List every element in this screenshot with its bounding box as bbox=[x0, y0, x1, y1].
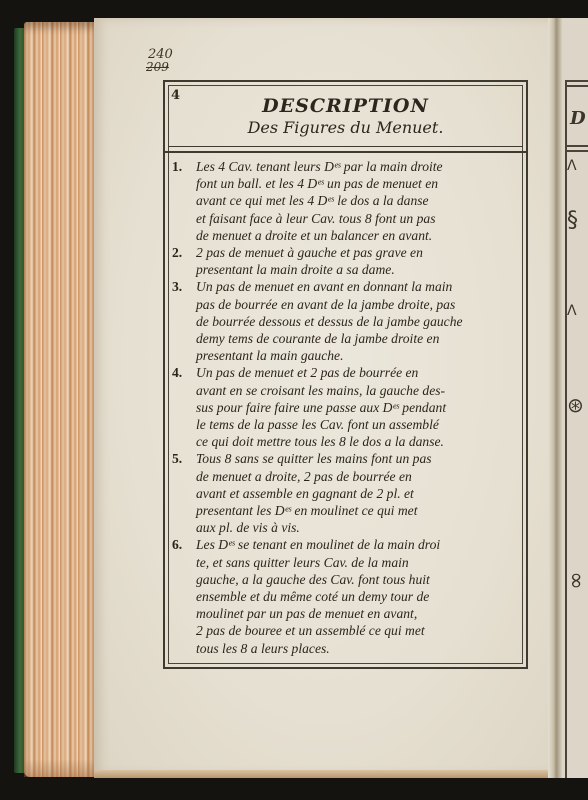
text-line: et faisant face à leur Cav. tous 8 font … bbox=[196, 210, 524, 227]
text-line: ce qui doit mettre tous les 8 le dos a l… bbox=[196, 433, 524, 450]
text-line: aux pl. de vis à vis. bbox=[196, 519, 524, 536]
header-divider bbox=[163, 151, 528, 153]
text-line: gauche, a la gauche des Cav. font tous h… bbox=[196, 571, 524, 588]
item-number: 1. bbox=[172, 158, 196, 244]
item-number: 3. bbox=[172, 278, 196, 364]
text-line: ensemble et du même coté un demy tour de bbox=[196, 588, 524, 605]
text-line: de menuet a droite, 2 pas de bourrée en bbox=[196, 468, 524, 485]
page-number-struck: 209 bbox=[146, 61, 169, 73]
text-line: moulinet par un pas de menuet en avant, bbox=[196, 605, 524, 622]
description-item-4: 4. Un pas de menuet et 2 pas de bourrée … bbox=[172, 364, 524, 450]
text-line: avant ce qui met les 4 Dᵉˢ le dos a la d… bbox=[196, 192, 524, 209]
page-subtitle: Des Figures du Menuet. bbox=[168, 118, 523, 137]
text-line: demy tems de courante de la jambe droite… bbox=[196, 330, 524, 347]
facing-page-rule bbox=[565, 85, 588, 87]
figure-loop-icon: ∞ bbox=[564, 571, 588, 589]
figure-symbol-icon: Λ bbox=[567, 158, 577, 174]
text-line: de bourrée dessous et dessus de la jambe… bbox=[196, 313, 524, 330]
item-number: 2. bbox=[172, 244, 196, 278]
description-item-1: 1. Les 4 Cav. tenant leurs Dᵉˢ par la ma… bbox=[172, 158, 524, 244]
book-gutter bbox=[548, 18, 562, 778]
facing-page-rule bbox=[565, 80, 588, 82]
text-line: presentant les Dᵉˢ en moulinet ce qui me… bbox=[196, 502, 524, 519]
page-title: DESCRIPTION bbox=[168, 95, 523, 117]
text-line: de menuet a droite et un balancer en ava… bbox=[196, 227, 524, 244]
figure-circle-icon: ⊛ bbox=[567, 393, 584, 417]
text-line: 2 pas de bouree et un assemblé ce qui me… bbox=[196, 622, 524, 639]
book-photo: D Λ § Λ ⊛ ∞ 240 209 4 DESCRIPTION Des Fi… bbox=[0, 0, 588, 800]
text-line: font un ball. et les 4 Dᵉˢ un pas de men… bbox=[196, 175, 524, 192]
item-number: 4. bbox=[172, 364, 196, 450]
text-line: avant et assemble en gagnant de 2 pl. et bbox=[196, 485, 524, 502]
facing-page-frame bbox=[565, 80, 588, 778]
description-item-3: 3. Un pas de menuet en avant en donnant … bbox=[172, 278, 524, 364]
text-line: avant en se croisant les mains, la gauch… bbox=[196, 382, 524, 399]
figure-path-icon: § bbox=[567, 208, 578, 233]
item-number: 6. bbox=[172, 536, 196, 656]
text-line: Tous 8 sans se quitter les mains font un… bbox=[196, 450, 524, 467]
page-bottom-edge bbox=[94, 770, 556, 778]
text-line: pas de bourrée en avant de la jambe droi… bbox=[196, 296, 524, 313]
text-line: 2 pas de menuet à gauche et pas grave en bbox=[196, 244, 524, 261]
page-stack-edges bbox=[24, 22, 96, 777]
text-line: le tems de la passe les Cav. font un ass… bbox=[196, 416, 524, 433]
figure-symbol-icon: Λ bbox=[567, 303, 577, 319]
text-line: Un pas de menuet en avant en donnant la … bbox=[196, 278, 524, 295]
figure-descriptions: 1. Les 4 Cav. tenant leurs Dᵉˢ par la ma… bbox=[172, 158, 524, 657]
text-line: presentant la main gauche. bbox=[196, 347, 524, 364]
facing-page-title-letter: D bbox=[570, 108, 586, 129]
text-line: Un pas de menuet et 2 pas de bourrée en bbox=[196, 364, 524, 381]
text-line: Les Dᵉˢ se tenant en moulinet de la main… bbox=[196, 536, 524, 553]
facing-page-rule bbox=[565, 145, 588, 147]
item-number: 5. bbox=[172, 450, 196, 536]
description-item-6: 6. Les Dᵉˢ se tenant en moulinet de la m… bbox=[172, 536, 524, 656]
text-line: presentant la main droite a sa dame. bbox=[196, 261, 524, 278]
description-item-5: 5. Tous 8 sans se quitter les mains font… bbox=[172, 450, 524, 536]
text-line: te, et sans quitter leurs Cav. de la mai… bbox=[196, 554, 524, 571]
description-item-2: 2. 2 pas de menuet à gauche et pas grave… bbox=[172, 244, 524, 278]
text-line: tous les 8 a leurs places. bbox=[196, 640, 524, 657]
header-divider bbox=[168, 146, 523, 147]
text-line: sus pour faire faire une passe aux Dᵉˢ p… bbox=[196, 399, 524, 416]
facing-page: D Λ § Λ ⊛ ∞ bbox=[562, 18, 588, 778]
text-line: Les 4 Cav. tenant leurs Dᵉˢ par la main … bbox=[196, 158, 524, 175]
facing-page-rule bbox=[565, 150, 588, 152]
